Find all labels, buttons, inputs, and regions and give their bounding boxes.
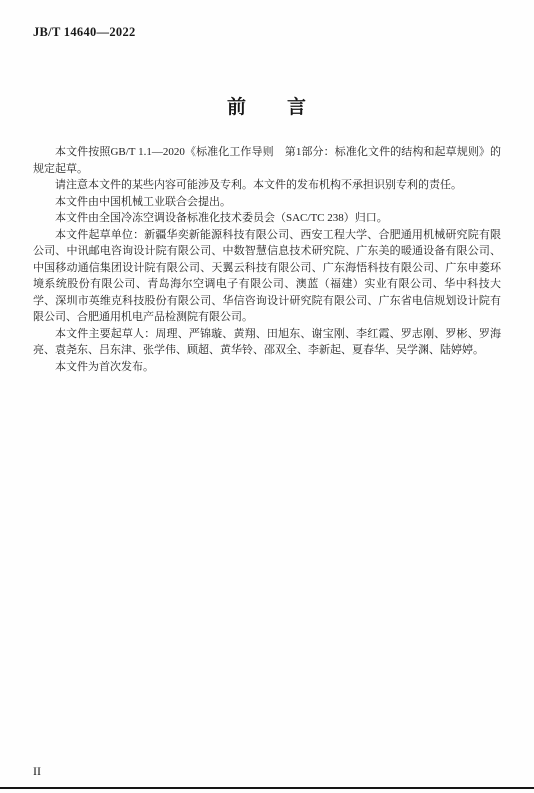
standard-number: JB/T 14640—2022 bbox=[33, 25, 136, 40]
foreword-paragraph: 本文件由中国机械工业联合会提出。 bbox=[33, 194, 501, 211]
document-page: JB/T 14640—2022 前 言 本文件按照GB/T 1.1—2020《标… bbox=[0, 0, 534, 793]
page-title: 前 言 bbox=[0, 92, 534, 119]
foreword-paragraph: 本文件主要起草人：周理、严锦璇、黄翔、田旭东、谢宝刚、李红霞、罗志刚、罗彬、罗海… bbox=[33, 326, 501, 359]
foreword-body: 本文件按照GB/T 1.1—2020《标准化工作导则 第1部分：标准化文件的结构… bbox=[33, 144, 501, 375]
foreword-paragraph: 本文件起草单位：新疆华奕新能源科技有限公司、西安工程大学、合肥通用机械研究院有限… bbox=[33, 227, 501, 326]
foreword-paragraph: 本文件按照GB/T 1.1—2020《标准化工作导则 第1部分：标准化文件的结构… bbox=[33, 144, 501, 177]
foreword-paragraph: 本文件由全国冷冻空调设备标准化技术委员会（SAC/TC 238）归口。 bbox=[33, 210, 501, 227]
foreword-paragraph: 请注意本文件的某些内容可能涉及专利。本文件的发布机构不承担识别专利的责任。 bbox=[33, 177, 501, 194]
scan-bottom-edge bbox=[0, 787, 534, 789]
foreword-paragraph: 本文件为首次发布。 bbox=[33, 359, 501, 376]
page-number: II bbox=[33, 764, 41, 779]
